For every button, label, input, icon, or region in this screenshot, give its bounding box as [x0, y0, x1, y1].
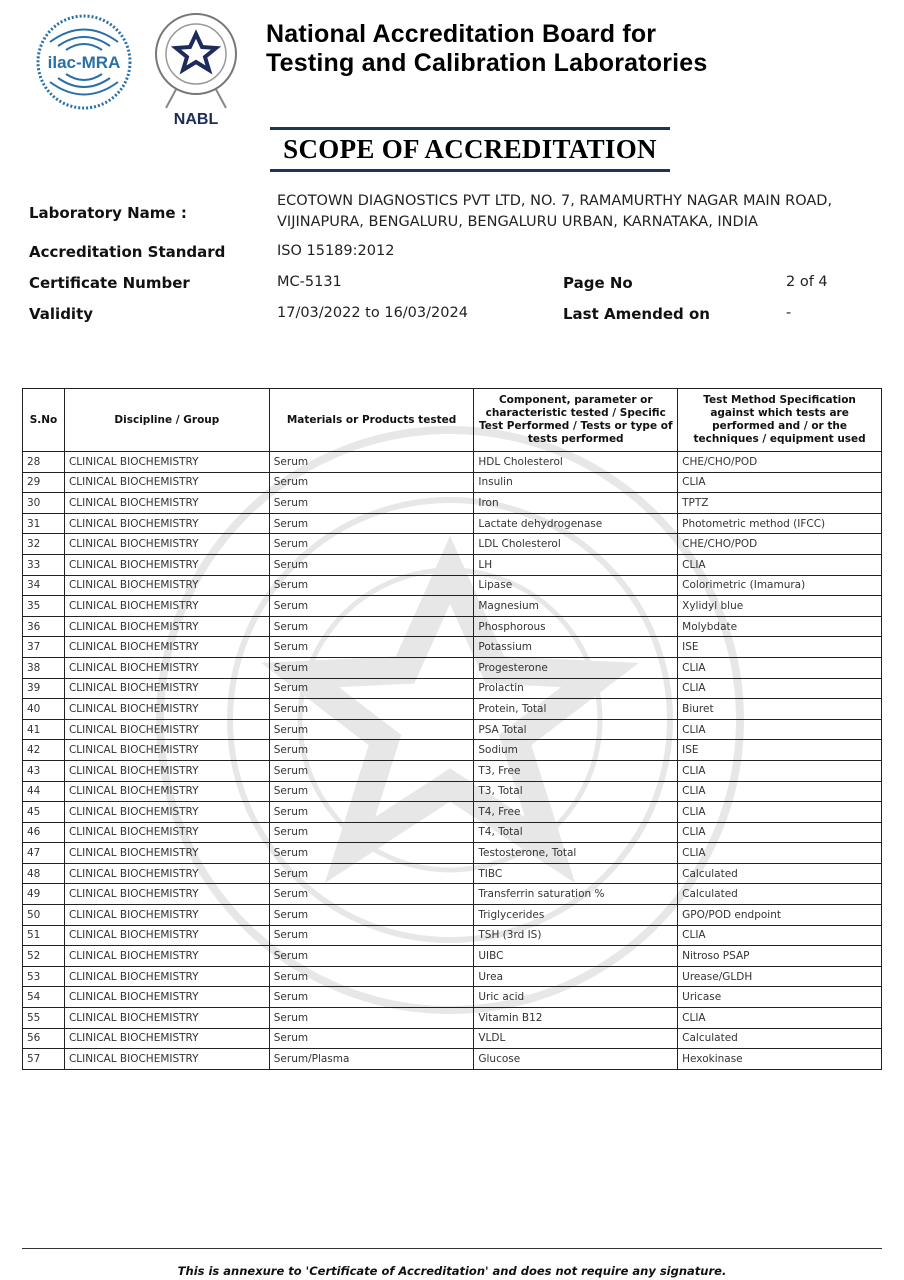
nabl-logo-icon: NABL — [152, 12, 240, 130]
cell-discipline: CLINICAL BIOCHEMISTRY — [64, 719, 269, 740]
cell-sno: 42 — [23, 740, 65, 761]
cell-sno: 36 — [23, 616, 65, 637]
cell-sno: 55 — [23, 1008, 65, 1029]
cell-sno: 31 — [23, 513, 65, 534]
cell-method: CHE/CHO/POD — [678, 534, 882, 555]
header-materials: Materials or Products tested — [269, 389, 474, 452]
cell-method: CHE/CHO/POD — [678, 452, 882, 473]
cell-discipline: CLINICAL BIOCHEMISTRY — [64, 863, 269, 884]
cell-discipline: CLINICAL BIOCHEMISTRY — [64, 1008, 269, 1029]
table-row: 34CLINICAL BIOCHEMISTRYSerumLipaseColori… — [23, 575, 882, 596]
cell-component: LH — [474, 554, 678, 575]
lab-name-line2: VIJINAPURA, BENGALURU, BENGALURU URBAN, … — [277, 214, 758, 230]
cell-discipline: CLINICAL BIOCHEMISTRY — [64, 905, 269, 926]
table-row: 30CLINICAL BIOCHEMISTRYSerumIronTPTZ — [23, 493, 882, 514]
cell-material: Serum — [269, 822, 474, 843]
cell-method: ISE — [678, 637, 882, 658]
cell-component: TIBC — [474, 863, 678, 884]
cell-discipline: CLINICAL BIOCHEMISTRY — [64, 946, 269, 967]
cell-method: CLIA — [678, 657, 882, 678]
cell-material: Serum — [269, 637, 474, 658]
cell-material: Serum — [269, 554, 474, 575]
cell-discipline: CLINICAL BIOCHEMISTRY — [64, 596, 269, 617]
cell-method: CLIA — [678, 822, 882, 843]
cell-sno: 44 — [23, 781, 65, 802]
cell-sno: 50 — [23, 905, 65, 926]
cell-sno: 34 — [23, 575, 65, 596]
table-row: 55CLINICAL BIOCHEMISTRYSerumVitamin B12C… — [23, 1008, 882, 1029]
cell-component: Testosterone, Total — [474, 843, 678, 864]
cell-component: Lactate dehydrogenase — [474, 513, 678, 534]
ilac-mra-logo-icon: ilac-MRA — [36, 12, 132, 112]
cell-component: Progesterone — [474, 657, 678, 678]
cell-sno: 54 — [23, 987, 65, 1008]
table-row: 38CLINICAL BIOCHEMISTRYSerumProgesterone… — [23, 657, 882, 678]
cell-material: Serum — [269, 575, 474, 596]
certificate-number-value: MC-5131 — [277, 274, 342, 290]
svg-text:ilac-MRA: ilac-MRA — [48, 53, 121, 72]
cell-method: CLIA — [678, 781, 882, 802]
cell-material: Serum — [269, 472, 474, 493]
cell-sno: 43 — [23, 760, 65, 781]
table-row: 35CLINICAL BIOCHEMISTRYSerumMagnesiumXyl… — [23, 596, 882, 617]
cell-discipline: CLINICAL BIOCHEMISTRY — [64, 822, 269, 843]
cell-component: Transferrin saturation % — [474, 884, 678, 905]
cell-material: Serum — [269, 987, 474, 1008]
table-row: 51CLINICAL BIOCHEMISTRYSerumTSH (3rd IS)… — [23, 925, 882, 946]
cell-material: Serum — [269, 760, 474, 781]
cell-discipline: CLINICAL BIOCHEMISTRY — [64, 1049, 269, 1070]
standard-label: Accreditation Standard — [29, 243, 225, 261]
cell-material: Serum — [269, 781, 474, 802]
cell-component: T4, Total — [474, 822, 678, 843]
cell-discipline: CLINICAL BIOCHEMISTRY — [64, 534, 269, 555]
cell-material: Serum — [269, 699, 474, 720]
cell-material: Serum — [269, 925, 474, 946]
cell-sno: 48 — [23, 863, 65, 884]
table-row: 28CLINICAL BIOCHEMISTRYSerumHDL Choleste… — [23, 452, 882, 473]
cell-component: T4, Free — [474, 802, 678, 823]
table-row: 45CLINICAL BIOCHEMISTRYSerumT4, FreeCLIA — [23, 802, 882, 823]
certificate-number-label: Certificate Number — [29, 274, 190, 292]
cell-method: CLIA — [678, 843, 882, 864]
cell-component: Lipase — [474, 575, 678, 596]
table-row: 32CLINICAL BIOCHEMISTRYSerumLDL Choleste… — [23, 534, 882, 555]
cell-material: Serum — [269, 719, 474, 740]
cell-component: Glucose — [474, 1049, 678, 1070]
cell-sno: 39 — [23, 678, 65, 699]
cell-sno: 51 — [23, 925, 65, 946]
cell-discipline: CLINICAL BIOCHEMISTRY — [64, 575, 269, 596]
organization-title: National Accreditation Board for Testing… — [266, 20, 708, 78]
last-amended-label: Last Amended on — [563, 305, 710, 323]
page-number-label: Page No — [563, 274, 633, 292]
table-row: 44CLINICAL BIOCHEMISTRYSerumT3, TotalCLI… — [23, 781, 882, 802]
cell-sno: 53 — [23, 966, 65, 987]
cell-sno: 57 — [23, 1049, 65, 1070]
cell-discipline: CLINICAL BIOCHEMISTRY — [64, 513, 269, 534]
cell-sno: 45 — [23, 802, 65, 823]
cell-sno: 35 — [23, 596, 65, 617]
table-row: 53CLINICAL BIOCHEMISTRYSerumUreaUrease/G… — [23, 966, 882, 987]
cell-component: Triglycerides — [474, 905, 678, 926]
cell-discipline: CLINICAL BIOCHEMISTRY — [64, 1028, 269, 1049]
cell-material: Serum — [269, 966, 474, 987]
cell-component: Potassium — [474, 637, 678, 658]
cell-method: CLIA — [678, 1008, 882, 1029]
cell-material: Serum — [269, 452, 474, 473]
organization-title-line2: Testing and Calibration Laboratories — [266, 49, 708, 78]
table-row: 47CLINICAL BIOCHEMISTRYSerumTestosterone… — [23, 843, 882, 864]
cell-method: CLIA — [678, 760, 882, 781]
table-row: 56CLINICAL BIOCHEMISTRYSerumVLDLCalculat… — [23, 1028, 882, 1049]
cell-sno: 33 — [23, 554, 65, 575]
svg-text:NABL: NABL — [174, 111, 219, 128]
cell-material: Serum — [269, 493, 474, 514]
cell-discipline: CLINICAL BIOCHEMISTRY — [64, 616, 269, 637]
header-sno: S.No — [23, 389, 65, 452]
cell-component: UIBC — [474, 946, 678, 967]
cell-method: Calculated — [678, 863, 882, 884]
cell-discipline: CLINICAL BIOCHEMISTRY — [64, 493, 269, 514]
cell-sno: 41 — [23, 719, 65, 740]
cell-discipline: CLINICAL BIOCHEMISTRY — [64, 843, 269, 864]
table-row: 31CLINICAL BIOCHEMISTRYSerumLactate dehy… — [23, 513, 882, 534]
cell-discipline: CLINICAL BIOCHEMISTRY — [64, 966, 269, 987]
cell-method: CLIA — [678, 678, 882, 699]
cell-discipline: CLINICAL BIOCHEMISTRY — [64, 884, 269, 905]
cell-component: Uric acid — [474, 987, 678, 1008]
cell-method: ISE — [678, 740, 882, 761]
cell-discipline: CLINICAL BIOCHEMISTRY — [64, 657, 269, 678]
cell-component: Iron — [474, 493, 678, 514]
cell-component: Magnesium — [474, 596, 678, 617]
table-body: 28CLINICAL BIOCHEMISTRYSerumHDL Choleste… — [23, 452, 882, 1070]
table-row: 50CLINICAL BIOCHEMISTRYSerumTriglyceride… — [23, 905, 882, 926]
cell-sno: 30 — [23, 493, 65, 514]
cell-method: Calculated — [678, 1028, 882, 1049]
footer-note: This is annexure to 'Certificate of Accr… — [0, 1264, 904, 1278]
cell-sno: 52 — [23, 946, 65, 967]
cell-discipline: CLINICAL BIOCHEMISTRY — [64, 554, 269, 575]
cell-component: Urea — [474, 966, 678, 987]
cell-component: HDL Cholesterol — [474, 452, 678, 473]
cell-sno: 38 — [23, 657, 65, 678]
header-discipline: Discipline / Group — [64, 389, 269, 452]
cell-method: CLIA — [678, 554, 882, 575]
cell-sno: 56 — [23, 1028, 65, 1049]
table-row: 49CLINICAL BIOCHEMISTRYSerumTransferrin … — [23, 884, 882, 905]
cell-component: T3, Free — [474, 760, 678, 781]
cell-method: CLIA — [678, 802, 882, 823]
table-row: 48CLINICAL BIOCHEMISTRYSerumTIBCCalculat… — [23, 863, 882, 884]
table-row: 29CLINICAL BIOCHEMISTRYSerumInsulinCLIA — [23, 472, 882, 493]
page-number-value: 2 of 4 — [786, 274, 828, 290]
cell-method: Colorimetric (Imamura) — [678, 575, 882, 596]
validity-label: Validity — [29, 305, 93, 323]
cell-sno: 37 — [23, 637, 65, 658]
cell-method: Urease/GLDH — [678, 966, 882, 987]
cell-component: Phosphorous — [474, 616, 678, 637]
cell-material: Serum — [269, 1028, 474, 1049]
table-row: 36CLINICAL BIOCHEMISTRYSerumPhosphorousM… — [23, 616, 882, 637]
cell-discipline: CLINICAL BIOCHEMISTRY — [64, 740, 269, 761]
header-test-method: Test Method Specification against which … — [678, 389, 882, 452]
cell-material: Serum — [269, 657, 474, 678]
cell-material: Serum/Plasma — [269, 1049, 474, 1070]
cell-method: Hexokinase — [678, 1049, 882, 1070]
cell-material: Serum — [269, 616, 474, 637]
table-row: 42CLINICAL BIOCHEMISTRYSerumSodiumISE — [23, 740, 882, 761]
cell-material: Serum — [269, 740, 474, 761]
footer-divider — [22, 1248, 882, 1249]
cell-component: T3, Total — [474, 781, 678, 802]
cell-method: Photometric method (IFCC) — [678, 513, 882, 534]
cell-material: Serum — [269, 802, 474, 823]
cell-material: Serum — [269, 863, 474, 884]
table-row: 37CLINICAL BIOCHEMISTRYSerumPotassiumISE — [23, 637, 882, 658]
cell-sno: 32 — [23, 534, 65, 555]
cell-method: Molybdate — [678, 616, 882, 637]
cell-discipline: CLINICAL BIOCHEMISTRY — [64, 987, 269, 1008]
cell-method: Nitroso PSAP — [678, 946, 882, 967]
scope-rule-bottom — [270, 169, 670, 172]
cell-discipline: CLINICAL BIOCHEMISTRY — [64, 802, 269, 823]
cell-material: Serum — [269, 534, 474, 555]
header-component: Component, parameter or characteristic t… — [474, 389, 678, 452]
cell-discipline: CLINICAL BIOCHEMISTRY — [64, 925, 269, 946]
lab-name-line1: ECOTOWN DIAGNOSTICS PVT LTD, NO. 7, RAMA… — [277, 193, 832, 209]
cell-component: LDL Cholesterol — [474, 534, 678, 555]
cell-discipline: CLINICAL BIOCHEMISTRY — [64, 452, 269, 473]
organization-title-line1: National Accreditation Board for — [266, 20, 708, 49]
cell-discipline: CLINICAL BIOCHEMISTRY — [64, 678, 269, 699]
cell-component: Insulin — [474, 472, 678, 493]
cell-discipline: CLINICAL BIOCHEMISTRY — [64, 472, 269, 493]
cell-component: Vitamin B12 — [474, 1008, 678, 1029]
table-row: 54CLINICAL BIOCHEMISTRYSerumUric acidUri… — [23, 987, 882, 1008]
table-row: 57CLINICAL BIOCHEMISTRYSerum/PlasmaGluco… — [23, 1049, 882, 1070]
last-amended-value: - — [786, 305, 791, 321]
cell-method: Xylidyl blue — [678, 596, 882, 617]
table-row: 46CLINICAL BIOCHEMISTRYSerumT4, TotalCLI… — [23, 822, 882, 843]
cell-sno: 47 — [23, 843, 65, 864]
standard-value: ISO 15189:2012 — [277, 243, 394, 259]
cell-discipline: CLINICAL BIOCHEMISTRY — [64, 781, 269, 802]
cell-sno: 29 — [23, 472, 65, 493]
cell-method: TPTZ — [678, 493, 882, 514]
cell-component: PSA Total — [474, 719, 678, 740]
scope-table: S.No Discipline / Group Materials or Pro… — [22, 388, 882, 1070]
cell-sno: 40 — [23, 699, 65, 720]
cell-material: Serum — [269, 905, 474, 926]
cell-component: TSH (3rd IS) — [474, 925, 678, 946]
cell-component: Sodium — [474, 740, 678, 761]
table-row: 39CLINICAL BIOCHEMISTRYSerumProlactinCLI… — [23, 678, 882, 699]
cell-material: Serum — [269, 884, 474, 905]
cell-material: Serum — [269, 1008, 474, 1029]
validity-value: 17/03/2022 to 16/03/2024 — [277, 305, 468, 321]
cell-method: Calculated — [678, 884, 882, 905]
cell-sno: 49 — [23, 884, 65, 905]
cell-sno: 46 — [23, 822, 65, 843]
cell-material: Serum — [269, 513, 474, 534]
cell-discipline: CLINICAL BIOCHEMISTRY — [64, 760, 269, 781]
table-header-row: S.No Discipline / Group Materials or Pro… — [23, 389, 882, 452]
table-row: 52CLINICAL BIOCHEMISTRYSerumUIBCNitroso … — [23, 946, 882, 967]
table-row: 43CLINICAL BIOCHEMISTRYSerumT3, FreeCLIA — [23, 760, 882, 781]
cell-method: GPO/POD endpoint — [678, 905, 882, 926]
cell-method: Biuret — [678, 699, 882, 720]
cell-sno: 28 — [23, 452, 65, 473]
cell-discipline: CLINICAL BIOCHEMISTRY — [64, 637, 269, 658]
cell-material: Serum — [269, 843, 474, 864]
table-row: 40CLINICAL BIOCHEMISTRYSerumProtein, Tot… — [23, 699, 882, 720]
cell-discipline: CLINICAL BIOCHEMISTRY — [64, 699, 269, 720]
cell-material: Serum — [269, 596, 474, 617]
scope-heading: SCOPE OF ACCREDITATION — [270, 127, 670, 172]
table-row: 33CLINICAL BIOCHEMISTRYSerumLHCLIA — [23, 554, 882, 575]
cell-component: VLDL — [474, 1028, 678, 1049]
cell-method: CLIA — [678, 472, 882, 493]
scope-title: SCOPE OF ACCREDITATION — [270, 130, 670, 169]
table-row: 41CLINICAL BIOCHEMISTRYSerumPSA TotalCLI… — [23, 719, 882, 740]
cell-method: CLIA — [678, 719, 882, 740]
cell-component: Prolactin — [474, 678, 678, 699]
cell-material: Serum — [269, 678, 474, 699]
cell-component: Protein, Total — [474, 699, 678, 720]
cell-material: Serum — [269, 946, 474, 967]
cell-method: Uricase — [678, 987, 882, 1008]
cell-method: CLIA — [678, 925, 882, 946]
lab-name-label: Laboratory Name : — [29, 204, 187, 222]
